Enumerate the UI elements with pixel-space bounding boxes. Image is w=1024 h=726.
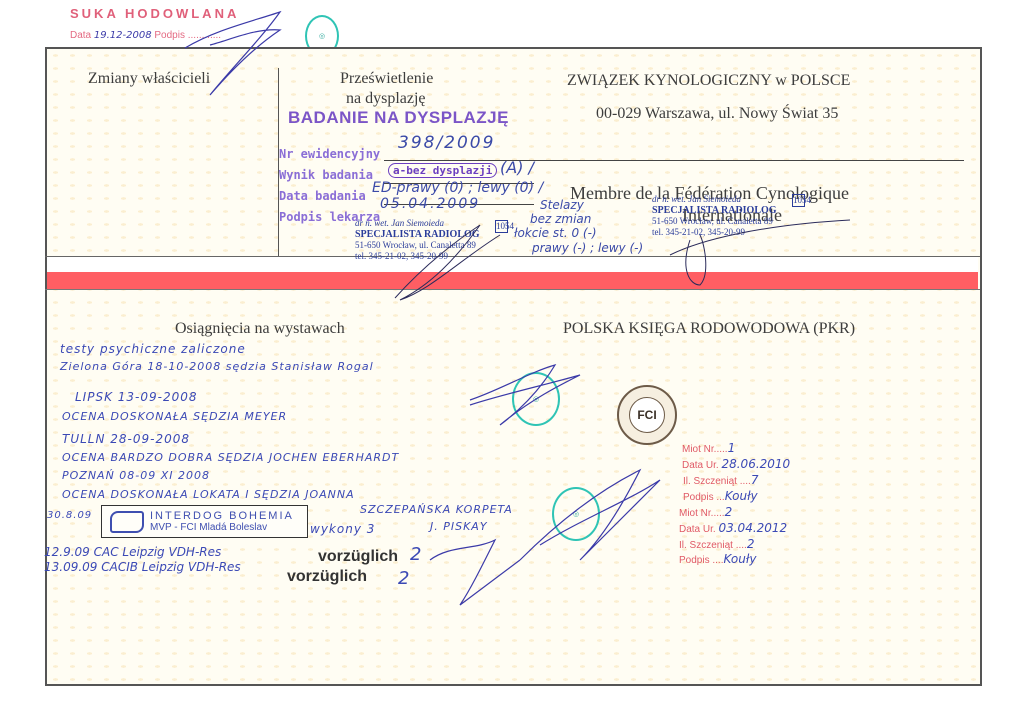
side-note-2: bez zmian	[530, 212, 591, 226]
vet-title: SPECJALISTA RADIOLOG	[652, 205, 777, 216]
flag-red-band	[47, 272, 978, 289]
grade-stamp-2: vorzüglich	[287, 568, 367, 586]
litter1-signature: Podpis ...Kouły	[683, 489, 758, 505]
xray-heading-line2: na dysplazję	[346, 90, 426, 108]
vet-phone: tel. 345-21-02, 345-20-99	[652, 227, 777, 238]
field-label-record-number: Nr ewidencyjny	[279, 147, 380, 161]
show-entry: testy psychiczne zaliczone	[60, 342, 246, 356]
exam-date-value: 05.04.2009	[380, 196, 480, 212]
breeding-stamp-title: SUKA HODOWLANA	[70, 6, 239, 21]
interdog-result: wykony 3	[310, 522, 375, 536]
organization-address: 00-029 Warszawa, ul. Nowy Świat 35	[596, 105, 838, 123]
litter1-birthdate: Data Ur. 28.06.2010	[682, 457, 790, 473]
fci-logo: FCI	[617, 385, 677, 445]
vet-address: 51-650 Wrocław, ul. Canaletta 89	[652, 216, 777, 227]
breeding-signature-label: Podpis ............	[154, 30, 221, 41]
organization-name: ZWIĄZEK KYNOLOGICZNY w POLSCE	[567, 72, 850, 90]
place-1: 2	[410, 544, 421, 565]
vet-name: dr n. wet. Jan Siemoieda	[355, 218, 480, 229]
breeding-date-label: Data	[70, 30, 91, 41]
show-entry: SZCZEPAŃSKA KORPETA	[360, 503, 513, 516]
litter2-number: Miot Nr.....2	[679, 505, 732, 521]
litter1-puppies: Il. Szczeniąt ....7	[683, 473, 758, 489]
vet-stamp-1: dr n. wet. Jan Siemoieda SPECJALISTA RAD…	[355, 218, 480, 262]
side-note-3: łokcie st. 0 (-)	[514, 226, 597, 240]
xray-heading-line1: Prześwietlenie	[340, 70, 433, 88]
side-note-1: Stelazy	[540, 198, 584, 212]
interdog-date: 30.8.09	[47, 510, 92, 521]
breeding-date-value: 19.12-2008	[94, 30, 152, 41]
record-number-value: 398/2009	[398, 133, 495, 153]
vet-stamp-number-2: 1054	[792, 194, 805, 207]
show-entry: Zielona Góra 18-10-2008 sędzia Stanisław…	[60, 360, 374, 373]
achievements-heading: Osiągnięcia na wystawach	[175, 320, 345, 338]
side-note-4: prawy (-) ; lewy (-)	[532, 241, 643, 255]
vertical-divider	[278, 68, 279, 256]
record-number-line	[384, 160, 964, 161]
vet-stamp-number-1: 1054	[495, 220, 508, 233]
interdog-title: INTERDOG BOHEMIA	[150, 510, 294, 522]
result-grade: (A) /	[500, 158, 534, 177]
flag-white-band	[47, 257, 978, 272]
fci-globe-icon: FCI	[629, 397, 665, 433]
dysplasia-stamp-title: BADANIE NA DYSPLAZJĘ	[288, 108, 509, 128]
show-entry: LIPSK 13-09-2008	[75, 390, 198, 404]
vet-stamp-2: dr n. wet. Jan Siemoieda SPECJALISTA RAD…	[652, 194, 777, 238]
exam-result-detail: ED-prawy (0) ; lewy (0) /	[372, 180, 543, 196]
club-round-stamp: ◎	[552, 487, 600, 541]
field-label-exam-date: Data badania	[279, 189, 366, 203]
litter1-number: Miot Nr.....1	[682, 441, 735, 457]
show-entry: POZNAŃ 08-09 XI 2008	[62, 469, 210, 482]
leipzig-entry-1: 12.9.09 CAC Leipzig VDH-Res	[44, 545, 221, 559]
show-entry: OCENA DOSKONAŁA SĘDZIA MEYER	[62, 410, 287, 423]
breeding-stamp-date: Data 19.12-2008 Podpis ............	[70, 30, 221, 41]
leipzig-entry-2: 13.09.09 CACIB Leipzig VDH-Res	[44, 560, 241, 574]
show-entry: TULLN 28-09-2008	[62, 432, 190, 446]
vet-address: 51-650 Wrocław, ul. Canaletta 89	[355, 240, 480, 251]
registry-heading: POLSKA KSIĘGA RODOWODOWA (PKR)	[563, 320, 855, 338]
show-entry: OCENA BARDZO DOBRA SĘDZIA JOCHEN EBERHAR…	[62, 451, 399, 464]
vet-phone: tel. 345-21-02, 345-20-99	[355, 251, 480, 262]
section-divider-bottom	[45, 289, 980, 290]
interdog-judge: J. PISKAY	[430, 520, 488, 533]
field-label-result: Wynik badania	[279, 168, 373, 182]
interdog-logo-icon	[110, 511, 144, 533]
place-2: 2	[398, 568, 409, 589]
show-entry: OCENA DOSKONAŁA LOKATA I SĘDZIA JOANNA	[62, 488, 355, 501]
vet-title: SPECJALISTA RADIOLOG	[355, 229, 480, 240]
litter2-signature: Podpis ....Kouły	[679, 552, 756, 568]
litter2-puppies: Il. Szczeniąt ....2	[679, 537, 754, 553]
result-value: a-bez dysplazji	[388, 163, 497, 178]
owners-heading: Zmiany właścicieli	[88, 70, 210, 88]
club-round-stamp: ◎	[512, 372, 560, 426]
interdog-subtitle: MVP - FCI Mladá Boleslav	[150, 522, 294, 534]
vet-name: dr n. wet. Jan Siemoieda	[652, 194, 777, 205]
interdog-stamp: INTERDOG BOHEMIA MVP - FCI Mladá Bolesla…	[101, 505, 308, 538]
grade-stamp-1: vorzüglich	[318, 548, 398, 566]
litter2-birthdate: Data Ur. 03.04.2012	[679, 521, 787, 537]
